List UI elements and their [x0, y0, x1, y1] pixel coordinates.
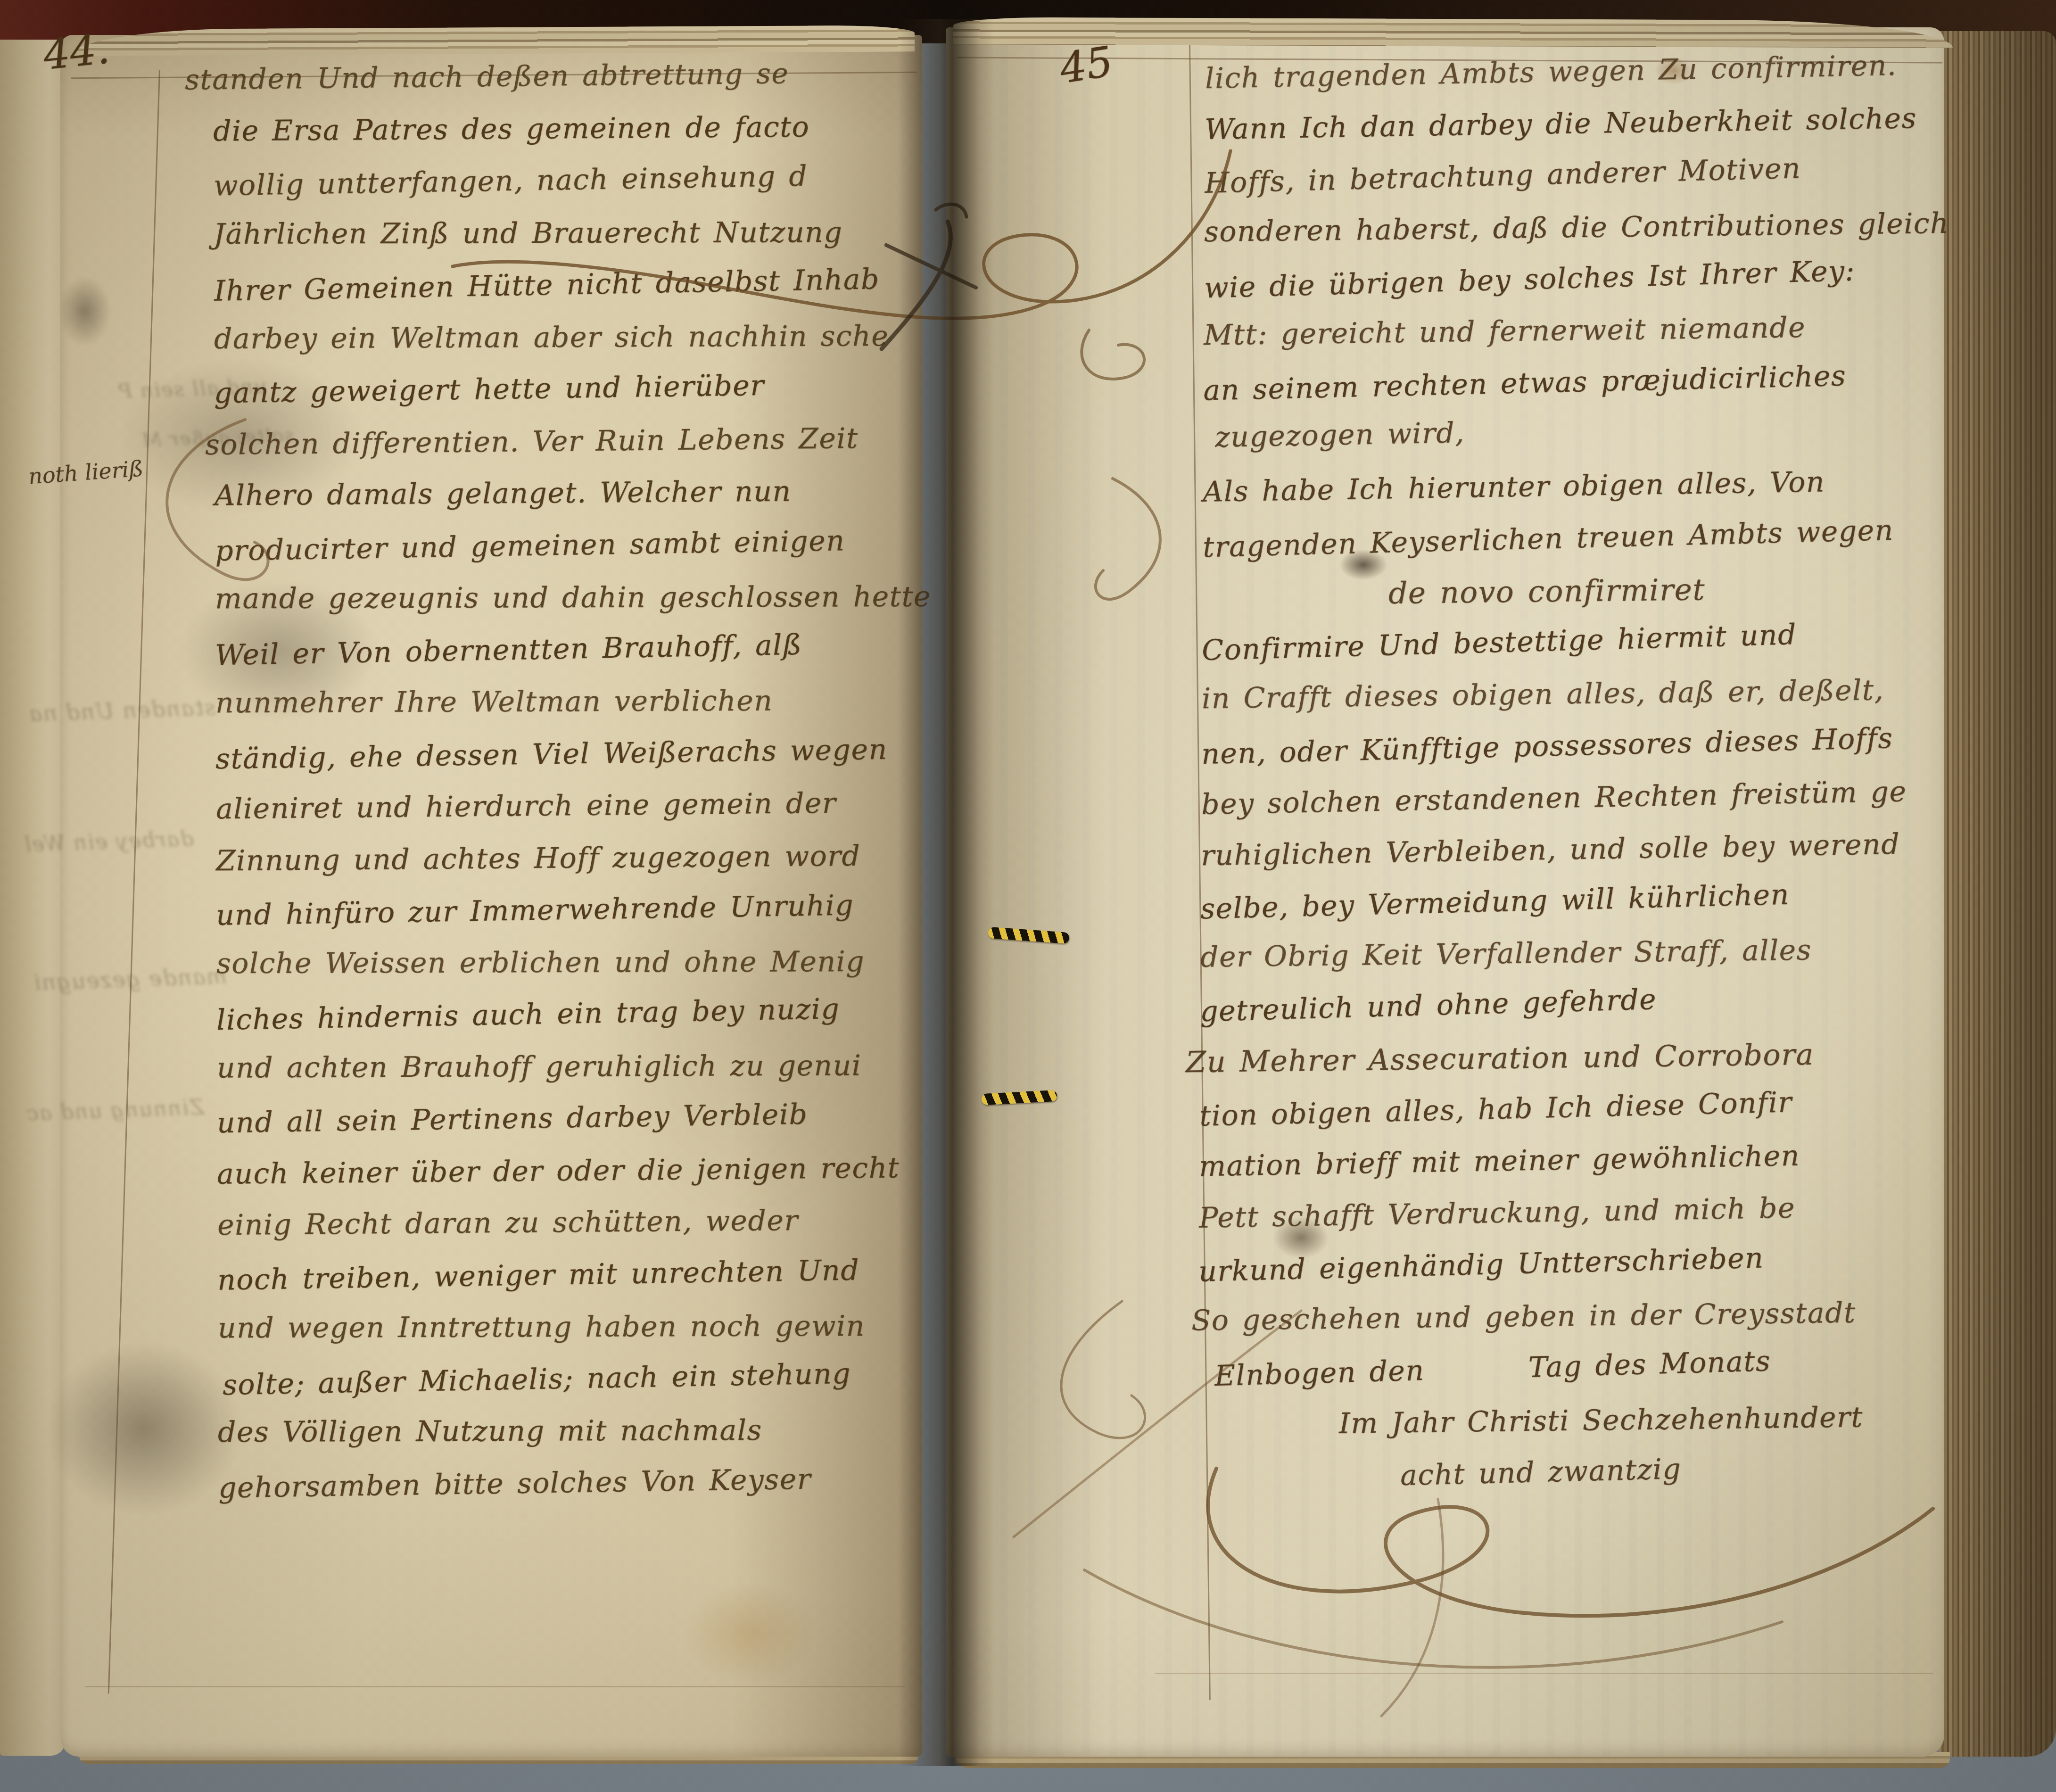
- manuscript-line: Alhero damals gelanget. Welcher nun: [215, 475, 792, 512]
- stacked-page-edges-left: [0, 40, 65, 1756]
- manuscript-line: alieniret und hierdurch eine gemein der: [215, 787, 836, 826]
- manuscript-line: nunmehrer Ihre Weltman verblichen: [215, 685, 773, 720]
- manuscript-line: mande gezeugnis und dahin geschlossen he…: [215, 580, 931, 615]
- page-number-left: 44.: [41, 24, 112, 79]
- manuscript-line: solchen differentien. Ver Ruin Lebens Ze…: [205, 422, 858, 462]
- manuscript-line: Im Jahr Christi Sechzehenhundert: [1339, 1401, 1864, 1440]
- manuscript-line: zugezogen wird,: [1214, 416, 1465, 454]
- manuscript-line: de novo confirmiret: [1388, 572, 1706, 611]
- manuscript-line: darbey ein Weltman aber sich nachhin sch…: [214, 320, 889, 355]
- manuscript-line: auch keiner über der oder die jenigen re…: [217, 1151, 900, 1190]
- bottom-frame-rule-right: [1155, 1673, 1933, 1674]
- page-number-right: 45: [1057, 37, 1116, 93]
- manuscript-line: des Völligen Nutzung mit nachmals: [218, 1414, 762, 1449]
- manuscript-line: und achten Brauhoff geruhiglich zu genui: [216, 1049, 861, 1084]
- manuscript-line: standen Und nach deßen abtrettung se: [185, 57, 789, 96]
- manuscript-line: Jährlichen Zinß und Brauerecht Nutzung: [214, 216, 843, 251]
- manuscript-line: die Ersa Patres des gemeinen de facto: [213, 110, 810, 148]
- manuscript-line: und wegen Inntrettung haben noch gewin: [217, 1310, 865, 1345]
- manuscript-line: solche Weissen erblichen und ohne Menig: [216, 945, 865, 980]
- manuscript-photo: 44. 45 noth lieriß standen Und nach deße…: [0, 0, 2056, 1792]
- bottom-frame-rule-left: [85, 1686, 905, 1687]
- manuscript-line: einig Recht daran zu schütten, weder: [217, 1204, 799, 1242]
- book-fore-edge-right: [1939, 31, 2056, 1757]
- manuscript-line: Zinnung und achtes Hoff zugezogen word: [216, 839, 861, 877]
- page-top-edge-left: [71, 25, 915, 56]
- manuscript-line: acht und zwantzig: [1400, 1453, 1682, 1492]
